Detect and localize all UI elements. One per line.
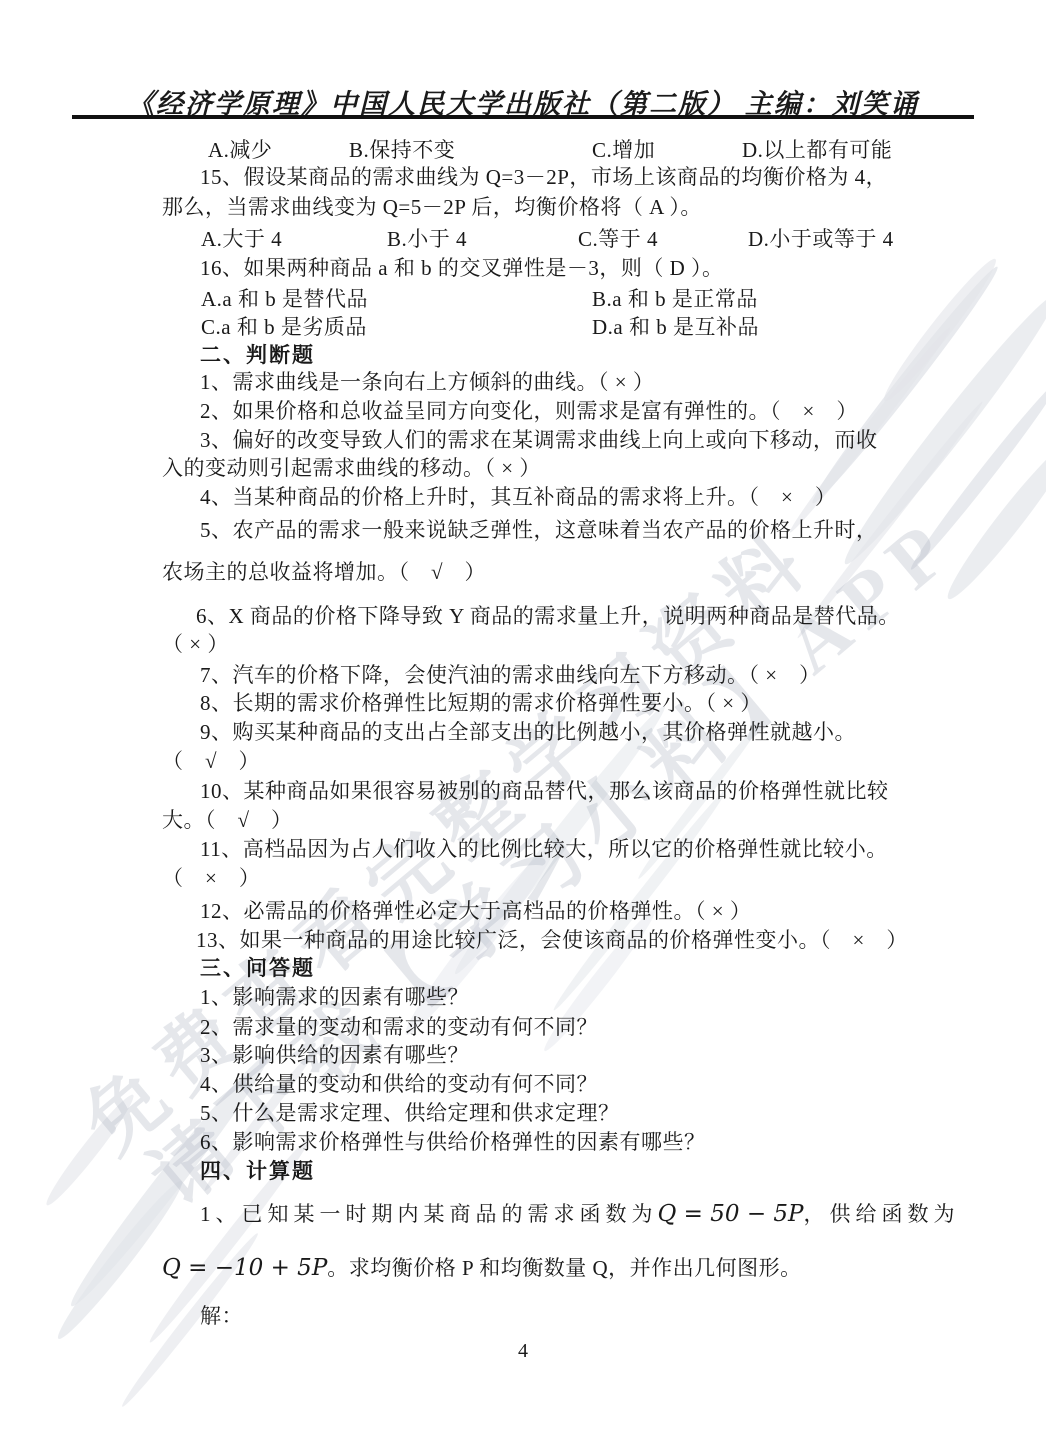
question-line: 那么，当需求曲线变为 Q=5－2P 后，均衡价格将（ A ）。 — [162, 196, 702, 219]
calc-text: ，供给函数为 — [804, 1202, 960, 1226]
judge-line: 2、如果价格和总收益呈同方向变化，则需求是富有弹性的。（ × ） — [200, 400, 858, 423]
calc-question-line: 1、已知某一时期内某商品的需求函数为Q = 50 − 5P，供给函数为 — [200, 1203, 960, 1226]
judge-line: 大。（ √ ） — [162, 809, 293, 832]
calc-text: 1、已知某一时期内某商品的需求函数为 — [200, 1202, 658, 1226]
section-heading-calc: 四、计算题 — [200, 1160, 315, 1183]
qa-line: 1、影响需求的因素有哪些？ — [200, 986, 469, 1009]
mc-option: D.小于或等于 4 — [748, 228, 894, 251]
judge-line: （ × ） — [162, 867, 260, 890]
judge-line: 3、偏好的改变导致人们的需求在某调需求曲线上向上或向下移动，而收 — [200, 429, 878, 452]
judge-line: （ √ ） — [162, 750, 260, 773]
supply-function-formula: Q = −10 + 5P — [162, 1255, 327, 1281]
qa-line: 4、供给量的变动和供给的变动有何不同？ — [200, 1073, 598, 1096]
judge-line: 13、如果一种商品的用途比较广泛，会使该商品的价格弹性变小。（ × ） — [196, 929, 908, 952]
judge-line: 11、高档品因为占人们收入的比例比较大，所以它的价格弹性就比较小。 — [200, 838, 888, 861]
calc-question-line: Q = −10 + 5P。求均衡价格 P 和均衡数量 Q，并作出几何图形。 — [162, 1257, 802, 1280]
judge-line: （ × ） — [162, 633, 229, 656]
mc-option: A.减少 — [208, 139, 272, 162]
section-heading-qa: 三、问答题 — [200, 957, 315, 980]
judge-line: 4、当某种商品的价格上升时，其互补商品的需求将上升。（ × ） — [200, 486, 836, 509]
document-page: 免费查看完整学习资料 请下载【学习小料】APP 《经济学原理》中国人民大学出版社… — [0, 0, 1046, 1451]
mc-option: D.a 和 b 是互补品 — [592, 316, 759, 339]
mc-option: B.a 和 b 是正常品 — [592, 288, 758, 311]
question-line: 16、如果两种商品 a 和 b 的交叉弹性是－3，则（ D ）。 — [200, 257, 724, 280]
qa-line: 6、影响需求价格弹性与供给价格弹性的因素有哪些？ — [200, 1131, 706, 1154]
mc-option: D.以上都有可能 — [742, 139, 892, 162]
judge-line: 12、必需品的价格弹性必定大于高档品的价格弹性。（ × ） — [200, 900, 751, 923]
judge-line: 农场主的总收益将增加。（ √ ） — [162, 561, 486, 584]
calc-text: 。求均衡价格 P 和均衡数量 Q，并作出几何图形。 — [327, 1256, 801, 1280]
qa-line: 5、什么是需求定理、供给定理和供求定理？ — [200, 1102, 620, 1125]
judge-line: 7、汽车的价格下降，会使汽油的需求曲线向左下方移动。（ × ） — [200, 664, 821, 687]
judge-line: 5、农产品的需求一般来说缺乏弹性，这意味着当农产品的价格上升时， — [200, 519, 878, 542]
section-heading-judge: 二、判断题 — [200, 344, 315, 367]
judge-line: 9、购买某种商品的支出占全部支出的比例越小，其价格弹性就越小。 — [200, 721, 856, 744]
qa-line: 3、影响供给的因素有哪些？ — [200, 1044, 469, 1067]
judge-line: 10、某种商品如果很容易被别的商品替代，那么该商品的价格弹性就比较 — [200, 780, 889, 803]
question-line: 15、假设某商品的需求曲线为 Q=3－2P，市场上该商品的均衡价格为 4， — [200, 166, 887, 189]
judge-line: 6、X 商品的价格下降导致 Y 商品的需求量上升，说明两种商品是替代品。 — [196, 605, 900, 628]
judge-line: 8、长期的需求价格弹性比短期的需求价格弹性要小。（ × ） — [200, 692, 762, 715]
mc-option: A.a 和 b 是替代品 — [201, 288, 368, 311]
demand-function-formula: Q = 50 − 5P — [658, 1201, 804, 1227]
header-rule — [72, 115, 974, 119]
mc-option: C.增加 — [592, 139, 655, 162]
mc-option: C.等于 4 — [578, 228, 658, 251]
qa-line: 2、需求量的变动和需求的变动有何不同？ — [200, 1016, 598, 1039]
mc-option: A.大于 4 — [201, 228, 282, 251]
mc-option: C.a 和 b 是劣质品 — [201, 316, 367, 339]
judge-line: 入的变动则引起需求曲线的移动。（ × ） — [162, 457, 541, 480]
judge-line: 1、需求曲线是一条向右上方倾斜的曲线。（ × ） — [200, 371, 654, 394]
mc-option: B.保持不变 — [349, 139, 455, 162]
solution-label: 解： — [200, 1305, 243, 1328]
mc-option: B.小于 4 — [387, 228, 467, 251]
page-number: 4 — [0, 1340, 1046, 1363]
